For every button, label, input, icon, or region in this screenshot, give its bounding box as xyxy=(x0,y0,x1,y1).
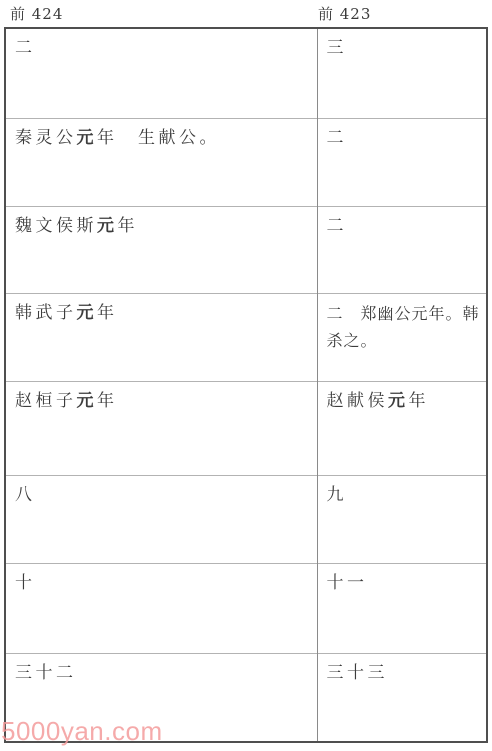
cell-left: 赵桓子元年 xyxy=(6,381,317,475)
chronology-table: 二三秦灵公元年 生献公。二魏文侯斯元年二韩武子元年二 郑幽公元年。韩杀之。赵桓子… xyxy=(6,29,486,741)
emphasized-char: 元 xyxy=(97,216,118,236)
cell-left: 魏文侯斯元年 xyxy=(6,206,317,293)
cell-text: 三 xyxy=(327,38,348,58)
table-row: 秦灵公元年 生献公。二 xyxy=(6,118,486,206)
cell-left: 十 xyxy=(6,563,317,653)
cell-text: 二 郑幽公元年。韩 xyxy=(327,304,480,323)
column-headers: 前 424 前 423 xyxy=(0,3,492,27)
cell-left: 韩武子元年 xyxy=(6,293,317,381)
cell-right: 三十三 xyxy=(317,653,486,741)
table-row: 魏文侯斯元年二 xyxy=(6,206,486,293)
cell-text: 韩武子 xyxy=(15,303,77,323)
table-row: 十十一 xyxy=(6,563,486,653)
cell-text: 杀之。 xyxy=(327,331,378,350)
cell-text: 年 xyxy=(97,391,118,411)
emphasized-char: 元 xyxy=(388,391,409,411)
table-row: 赵桓子元年赵献侯元年 xyxy=(6,381,486,475)
cell-text: 十 xyxy=(15,573,36,593)
cell-text: 秦灵公 xyxy=(15,128,77,148)
cell-left: 二 xyxy=(6,29,317,118)
cell-text: 三十二 xyxy=(15,663,77,683)
cell-text: 年 xyxy=(118,216,139,236)
cell-text: 十一 xyxy=(327,573,368,593)
cell-left: 秦灵公元年 生献公。 xyxy=(6,118,317,206)
cell-right: 二 郑幽公元年。韩杀之。 xyxy=(317,293,486,381)
emphasized-char: 元 xyxy=(77,391,98,411)
cell-text: 赵桓子 xyxy=(15,391,77,411)
cell-right: 九 xyxy=(317,475,486,563)
cell-text: 年 生献公。 xyxy=(97,128,220,148)
cell-text: 三十三 xyxy=(327,663,389,683)
emphasized-char: 元 xyxy=(77,303,98,323)
cell-right: 二 xyxy=(317,118,486,206)
cell-right: 三 xyxy=(317,29,486,118)
column-header-year-left: 前 424 xyxy=(10,3,63,24)
cell-text: 九 xyxy=(327,485,348,505)
table-row: 二三 xyxy=(6,29,486,118)
cell-text: 二 xyxy=(327,128,348,148)
cell-text: 二 xyxy=(327,216,348,236)
cell-text: 魏文侯斯 xyxy=(15,216,97,236)
table-row: 韩武子元年二 郑幽公元年。韩杀之。 xyxy=(6,293,486,381)
cell-left: 八 xyxy=(6,475,317,563)
table-row: 八九 xyxy=(6,475,486,563)
cell-text: 年 xyxy=(409,391,430,411)
cell-right: 十一 xyxy=(317,563,486,653)
chronology-table-body: 二三秦灵公元年 生献公。二魏文侯斯元年二韩武子元年二 郑幽公元年。韩杀之。赵桓子… xyxy=(6,29,486,741)
chronology-table-frame: 二三秦灵公元年 生献公。二魏文侯斯元年二韩武子元年二 郑幽公元年。韩杀之。赵桓子… xyxy=(4,27,488,743)
cell-text: 年 xyxy=(97,303,118,323)
page: { "page": { "headers": { "left": "前 424"… xyxy=(0,0,492,751)
emphasized-char: 元 xyxy=(77,128,98,148)
cell-right: 赵献侯元年 xyxy=(317,381,486,475)
cell-text: 二 xyxy=(15,38,36,58)
column-header-year-right: 前 423 xyxy=(318,3,371,24)
cell-text: 赵献侯 xyxy=(327,391,389,411)
watermark: 5000yan.com xyxy=(1,716,163,747)
cell-text: 八 xyxy=(15,485,36,505)
cell-right: 二 xyxy=(317,206,486,293)
